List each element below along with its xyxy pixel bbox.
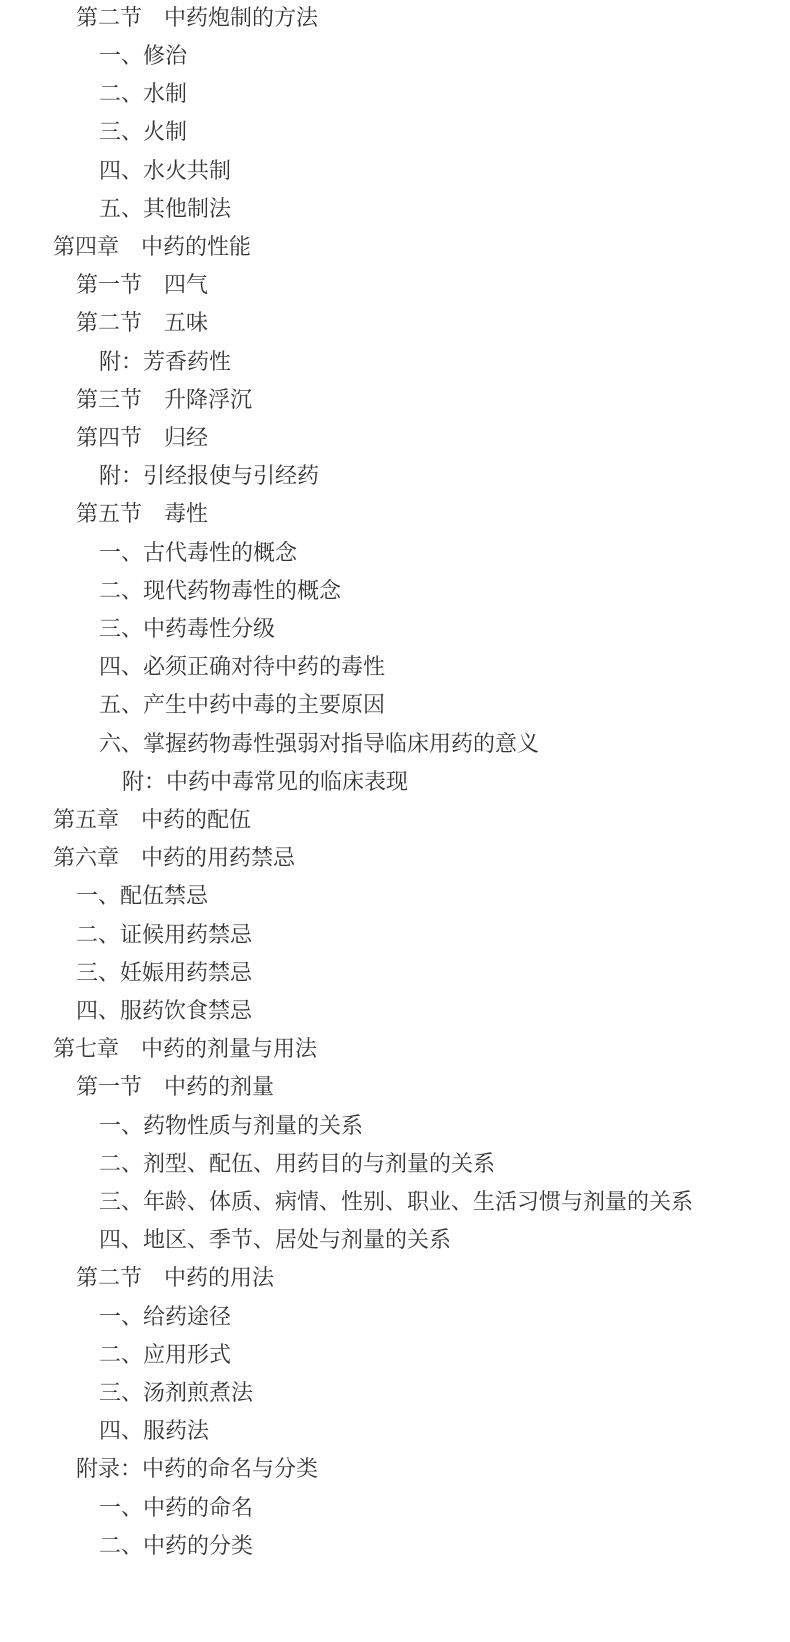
toc-item[interactable]: 一、中药的命名 [99,1490,253,1528]
toc-section[interactable]: 第二节 中药炮制的方法 [76,0,318,38]
toc-item[interactable]: 二、证候用药禁忌 [76,917,252,955]
toc-appendix-item[interactable]: 附：中药中毒常见的临床表现 [122,764,408,802]
toc-item[interactable]: 二、应用形式 [99,1337,231,1375]
toc-item[interactable]: 五、产生中药中毒的主要原因 [99,687,385,725]
toc-section[interactable]: 第一节 中药的剂量 [76,1069,274,1107]
toc-item[interactable]: 四、服药饮食禁忌 [76,993,252,1031]
toc-item[interactable]: 一、修治 [99,38,187,76]
toc-section[interactable]: 第二节 五味 [76,305,208,343]
toc-item[interactable]: 五、其他制法 [99,191,231,229]
toc-item[interactable]: 三、妊娠用药禁忌 [76,955,252,993]
toc-chapter[interactable]: 第四章 中药的性能 [53,229,251,267]
toc-item[interactable]: 一、配伍禁忌 [76,878,208,916]
toc-appendix[interactable]: 附录：中药的命名与分类 [76,1451,318,1489]
toc-item[interactable]: 二、剂型、配伍、用药目的与剂量的关系 [99,1146,495,1184]
toc-item[interactable]: 三、汤剂煎煮法 [99,1375,253,1413]
toc-item[interactable]: 二、中药的分类 [99,1528,253,1566]
toc-section[interactable]: 第三节 升降浮沉 [76,382,252,420]
toc-chapter[interactable]: 第五章 中药的配伍 [53,802,251,840]
toc-section[interactable]: 第一节 四气 [76,267,208,305]
toc-item[interactable]: 二、水制 [99,76,187,114]
toc-item[interactable]: 六、掌握药物毒性强弱对指导临床用药的意义 [99,726,539,764]
toc-appendix-item[interactable]: 附：引经报使与引经药 [99,458,319,496]
toc-item[interactable]: 二、现代药物毒性的概念 [99,573,341,611]
toc-item[interactable]: 四、必须正确对待中药的毒性 [99,649,385,687]
toc-item[interactable]: 四、水火共制 [99,153,231,191]
toc-item[interactable]: 三、年龄、体质、病情、性别、职业、生活习惯与剂量的关系 [99,1184,693,1222]
toc-item[interactable]: 一、药物性质与剂量的关系 [99,1108,363,1146]
toc-item[interactable]: 一、给药途径 [99,1299,231,1337]
toc-item[interactable]: 一、古代毒性的概念 [99,535,297,573]
toc-section[interactable]: 第二节 中药的用法 [76,1260,274,1298]
toc-item[interactable]: 四、服药法 [99,1413,209,1451]
toc-chapter[interactable]: 第六章 中药的用药禁忌 [53,840,295,878]
toc-chapter[interactable]: 第七章 中药的剂量与用法 [53,1031,317,1069]
toc-section[interactable]: 第四节 归经 [76,420,208,458]
toc-appendix-item[interactable]: 附：芳香药性 [99,344,231,382]
toc-item[interactable]: 四、地区、季节、居处与剂量的关系 [99,1222,451,1260]
toc-section[interactable]: 第五节 毒性 [76,496,208,534]
toc-item[interactable]: 三、中药毒性分级 [99,611,275,649]
toc-item[interactable]: 三、火制 [99,114,187,152]
